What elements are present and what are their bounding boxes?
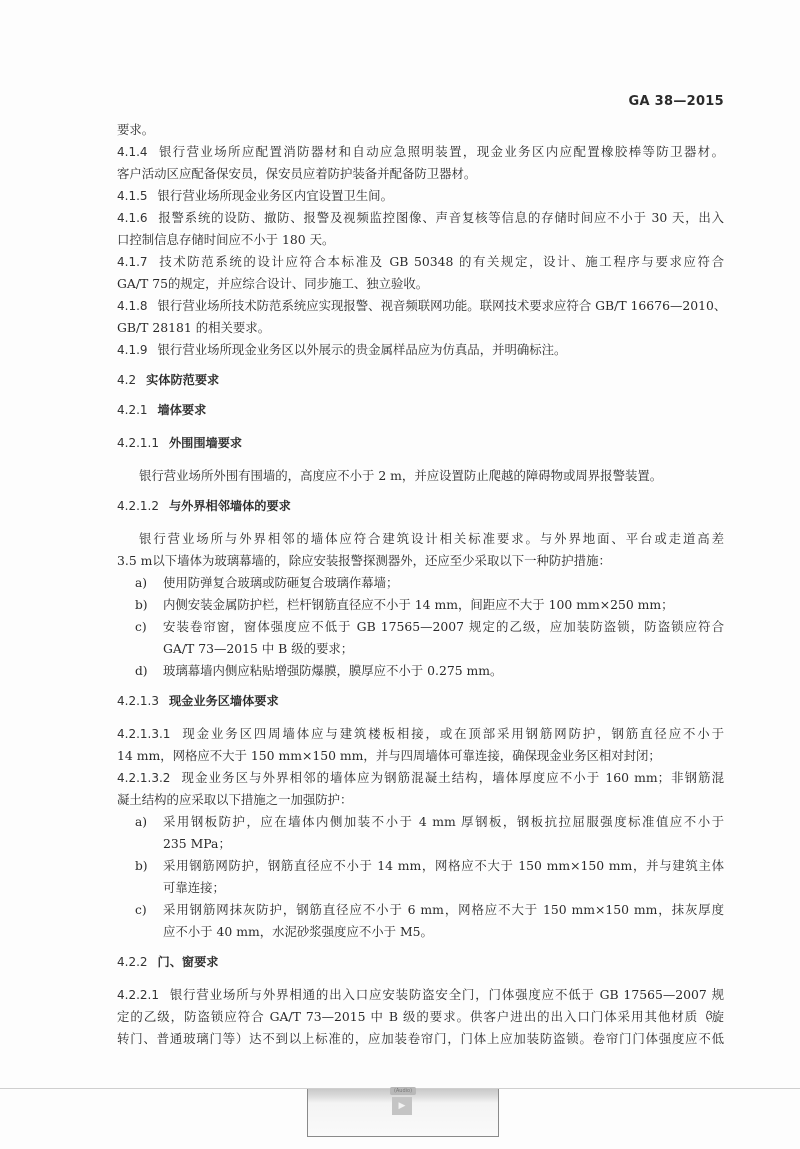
- clause-number: 4.1.5: [117, 185, 148, 207]
- section-heading-4-2-1-3: 4.2.1.3现金业务区墙体要求: [117, 690, 724, 712]
- clause-4-2-2-1-cont: 转门、普通玻璃门等）达不到以上标准的，应加装卷帘门，门体上应加装防盗锁。卷帘门门…: [117, 1028, 724, 1050]
- clause-4-2-1-3-1-cont: 14 mm，网格应不大于 150 mm×150 mm，并与四周墙体可靠连接，确保…: [117, 745, 724, 767]
- clause-4-1-4: 4.1.4银行营业场所应配置消防器材和自动应急照明装置，现金业务区内应配置橡胶棒…: [117, 141, 724, 163]
- section-title: 实体防范要求: [146, 373, 219, 387]
- list-item-c: c)安装卷帘窗，窗体强度应不低于 GB 17565—2007 规定的乙级，应加装…: [117, 616, 724, 638]
- clause-4-1-6-cont: 口控制信息存储时间应不小于 180 天。: [117, 229, 724, 251]
- list-text: 内侧安装金属防护栏，栏杆钢筋直径应不小于 14 mm，间距应不大于 100 mm…: [163, 597, 674, 612]
- section-heading-4-2-1: 4.2.1墙体要求: [117, 399, 724, 421]
- clause-4-1-7: 4.1.7技术防范系统的设计应符合本标准及 GB 50348 的有关规定，设计、…: [117, 251, 724, 273]
- list-text: 使用防弹复合玻璃或防砸复合玻璃作幕墙；: [163, 575, 398, 590]
- section-number: 4.2.1.2: [117, 495, 159, 517]
- page-number: 3: [706, 1009, 713, 1022]
- list-marker: c): [135, 616, 147, 638]
- paragraph-4-2-1-1: 银行营业场所外围有围墙的，高度应不小于 2 m，并应设置防止爬越的障碍物或周界报…: [117, 465, 724, 487]
- clause-4-1-8: 4.1.8银行营业场所技术防范系统应实现报警、视音频联网功能。联网技术要求应符合…: [117, 295, 724, 317]
- list-item-a: a)使用防弹复合玻璃或防砸复合玻璃作幕墙；: [117, 572, 724, 594]
- standard-code: GA 38—2015: [628, 94, 724, 109]
- document-body: 要求。 4.1.4银行营业场所应配置消防器材和自动应急照明装置，现金业务区内应配…: [117, 119, 724, 1050]
- clause-4-1-8-cont: GB/T 28181 的相关要求。: [117, 317, 724, 339]
- list-item-d: d)玻璃幕墙内侧应粘贴增强防爆膜，膜厚应不小于 0.275 mm。: [117, 660, 724, 682]
- list-text: 采用钢筋网抹灰防护，钢筋直径应不小于 6 mm，网格应不大于 150 mm×15…: [163, 902, 724, 917]
- list-item-a-cont: 235 MPa；: [117, 833, 724, 855]
- list-item-b-cont: 可靠连接；: [117, 877, 724, 899]
- clause-text: 技术防范系统的设计应符合本标准及 GB 50348 的有关规定，设计、施工程序与…: [158, 254, 724, 269]
- section-heading-4-2-2: 4.2.2门、窗要求: [117, 951, 724, 973]
- section-title: 外围围墙要求: [169, 436, 242, 450]
- section-heading-4-2-1-1: 4.2.1.1外围围墙要求: [117, 432, 724, 454]
- clause-text: 银行营业场所应配置消防器材和自动应急照明装置，现金业务区内应配置橡胶棒等防卫器材…: [158, 144, 724, 159]
- section-title: 门、窗要求: [158, 955, 219, 969]
- clause-4-2-2-1: 4.2.2.1银行营业场所与外界相通的出入口应安装防盗安全门，门体强度应不低于 …: [117, 984, 724, 1006]
- list-marker: d): [135, 660, 148, 682]
- list-item-a: a)采用钢板防护，应在墙体内侧加装不小于 4 mm 厚钢板，钢板抗拉屈服强度标准…: [117, 811, 724, 833]
- clause-number: 4.2.1.3.1: [117, 723, 170, 745]
- section-heading-4-2-1-2: 4.2.1.2与外界相邻墙体的要求: [117, 495, 724, 517]
- clause-number: 4.1.8: [117, 295, 148, 317]
- list-item-c-cont: 应不小于 40 mm，水泥砂浆强度应不小于 M5。: [117, 921, 724, 943]
- section-number: 4.2.2: [117, 951, 148, 973]
- section-number: 4.2: [117, 369, 136, 391]
- section-title: 现金业务区墙体要求: [169, 694, 279, 708]
- clause-4-1-6: 4.1.6报警系统的设防、撤防、报警及视频监控图像、声音复核等信息的存储时间应不…: [117, 207, 724, 229]
- clause-text: 银行营业场所现金业务区内宜设置卫生间。: [158, 188, 393, 203]
- list-marker: b): [135, 855, 148, 877]
- media-artifact-box: (Audio) ▶: [307, 1089, 499, 1137]
- clause-number: 4.2.1.3.2: [117, 767, 170, 789]
- section-heading-4-2: 4.2实体防范要求: [117, 369, 724, 391]
- clause-text: 银行营业场所现金业务区以外展示的贵金属样品应为仿真品，并明确标注。: [158, 342, 567, 357]
- section-title: 墙体要求: [158, 403, 207, 417]
- clause-4-2-2-1-cont: 定的乙级，防盗锁应符合 GA/T 73—2015 中 B 级的要求。供客户进出的…: [117, 1006, 724, 1028]
- play-icon[interactable]: ▶: [392, 1097, 412, 1115]
- clause-number: 4.2.2.1: [117, 984, 159, 1006]
- list-item-c: c)采用钢筋网抹灰防护，钢筋直径应不小于 6 mm，网格应不大于 150 mm×…: [117, 899, 724, 921]
- clause-text: 现金业务区与外界相邻的墙体应为钢筋混凝土结构，墙体厚度应不小于 160 mm；非…: [180, 770, 724, 785]
- document-page: GA 38—2015 要求。 4.1.4银行营业场所应配置消防器材和自动应急照明…: [0, 0, 800, 1149]
- clause-text: 现金业务区四周墙体应与建筑楼板相接，或在顶部采用钢筋网防护，钢筋直径应不小于: [180, 726, 724, 741]
- clause-number: 4.1.9: [117, 339, 148, 361]
- list-item-b: b)内侧安装金属防护栏，栏杆钢筋直径应不小于 14 mm，间距应不大于 100 …: [117, 594, 724, 616]
- clause-number: 4.1.7: [117, 251, 148, 273]
- list-text: 采用钢筋网防护，钢筋直径应不小于 14 mm，网格应不大于 150 mm×150…: [163, 858, 724, 873]
- clause-4-2-1-3-1: 4.2.1.3.1现金业务区四周墙体应与建筑楼板相接，或在顶部采用钢筋网防护，钢…: [117, 723, 724, 745]
- list-item-c-cont: GA/T 73—2015 中 B 级的要求；: [117, 638, 724, 660]
- clause-number: 4.1.6: [117, 207, 148, 229]
- clause-4-1-4-cont: 客户活动区应配备保安员，保安员应着防护装备并配备防卫器材。: [117, 163, 724, 185]
- list-marker: a): [135, 572, 147, 594]
- clause-4-1-7-cont: GA/T 75的规定，并应综合设计、同步施工、独立验收。: [117, 273, 724, 295]
- section-number: 4.2.1.3: [117, 690, 159, 712]
- list-text: 玻璃幕墙内侧应粘贴增强防爆膜，膜厚应不小于 0.275 mm。: [163, 663, 502, 678]
- section-number: 4.2.1.1: [117, 432, 159, 454]
- clause-4-1-9: 4.1.9银行营业场所现金业务区以外展示的贵金属样品应为仿真品，并明确标注。: [117, 339, 724, 361]
- clause-number: 4.1.4: [117, 141, 148, 163]
- clause-4-1-5: 4.1.5银行营业场所现金业务区内宜设置卫生间。: [117, 185, 724, 207]
- paragraph-4-2-1-2: 银行营业场所与外界相邻的墙体应符合建筑设计相关标准要求。与外界地面、平台或走道高…: [117, 528, 724, 550]
- media-tab-label: (Audio): [390, 1087, 416, 1095]
- clause-4-2-1-3-2: 4.2.1.3.2现金业务区与外界相邻的墙体应为钢筋混凝土结构，墙体厚度应不小于…: [117, 767, 724, 789]
- clause-text: 报警系统的设防、撤防、报警及视频监控图像、声音复核等信息的存储时间应不小于 30…: [158, 210, 724, 225]
- list-text: 采用钢板防护，应在墙体内侧加装不小于 4 mm 厚钢板，钢板抗拉屈服强度标准值应…: [163, 814, 724, 829]
- clause-4-2-1-3-2-cont: 凝土结构的应采取以下措施之一加强防护：: [117, 789, 724, 811]
- list-item-b: b)采用钢筋网防护，钢筋直径应不小于 14 mm，网格应不大于 150 mm×1…: [117, 855, 724, 877]
- list-marker: a): [135, 811, 147, 833]
- continuation-text: 要求。: [117, 119, 724, 141]
- section-title: 与外界相邻墙体的要求: [169, 499, 291, 513]
- list-marker: b): [135, 594, 148, 616]
- paragraph-4-2-1-2-cont: 3.5 m以下墙体为玻璃幕墙的，除应安装报警探测器外，还应至少采取以下一种防护措…: [117, 550, 724, 572]
- clause-text: 银行营业场所技术防范系统应实现报警、视音频联网功能。联网技术要求应符合 GB/T…: [158, 298, 727, 313]
- list-text: 安装卷帘窗，窗体强度应不低于 GB 17565—2007 规定的乙级，应加装防盗…: [163, 619, 724, 634]
- list-marker: c): [135, 899, 147, 921]
- clause-text: 银行营业场所与外界相通的出入口应安装防盗安全门，门体强度应不低于 GB 1756…: [169, 987, 724, 1002]
- section-number: 4.2.1: [117, 399, 148, 421]
